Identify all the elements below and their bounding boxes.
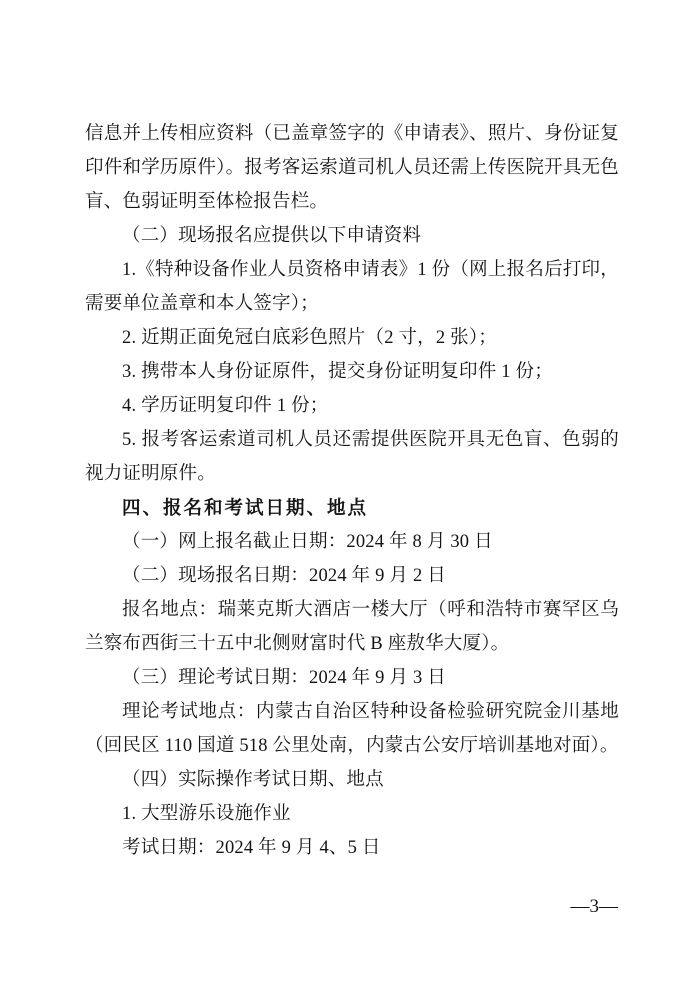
paragraph: 4. 学历证明复印件 1 份；	[85, 389, 619, 423]
paragraph: （二）现场报名日期：2024 年 9 月 2 日	[85, 559, 619, 593]
paragraph: 理论考试地点：内蒙古自治区特种设备检验研究院金川基地（回民区 110 国道 51…	[85, 695, 619, 763]
section-heading: 四、报名和考试日期、地点	[85, 491, 619, 525]
paragraph: 信息并上传相应资料（已盖章签字的《申请表》、照片、身份证复印件和学历原件）。报考…	[85, 117, 619, 219]
paragraph: 5. 报考客运索道司机人员还需提供医院开具无色盲、色弱的视力证明原件。	[85, 423, 619, 491]
paragraph: 2. 近期正面免冠白底彩色照片（2 寸，2 张）；	[85, 321, 619, 355]
paragraph: 1. 大型游乐设施作业	[85, 797, 619, 831]
paragraph: （三）理论考试日期：2024 年 9 月 3 日	[85, 661, 619, 695]
paragraph: （四）实际操作考试日期、地点	[85, 763, 619, 797]
paragraph: 报名地点：瑞莱克斯大酒店一楼大厅（呼和浩特市赛罕区乌兰察布西街三十五中北侧财富时…	[85, 593, 619, 661]
document-page: 信息并上传相应资料（已盖章签字的《申请表》、照片、身份证复印件和学历原件）。报考…	[0, 0, 700, 990]
paragraph: 3. 携带本人身份证原件，提交身份证明复印件 1 份；	[85, 355, 619, 389]
paragraph: 1.《特种设备作业人员资格申请表》1 份（网上报名后打印，需要单位盖章和本人签字…	[85, 253, 619, 321]
paragraph: （一）网上报名截止日期：2024 年 8 月 30 日	[85, 525, 619, 559]
paragraph: （二）现场报名应提供以下申请资料	[85, 219, 619, 253]
paragraph: 考试日期：2024 年 9 月 4、5 日	[85, 831, 619, 865]
page-number: —3—	[571, 896, 619, 918]
document-body: 信息并上传相应资料（已盖章签字的《申请表》、照片、身份证复印件和学历原件）。报考…	[85, 117, 619, 865]
